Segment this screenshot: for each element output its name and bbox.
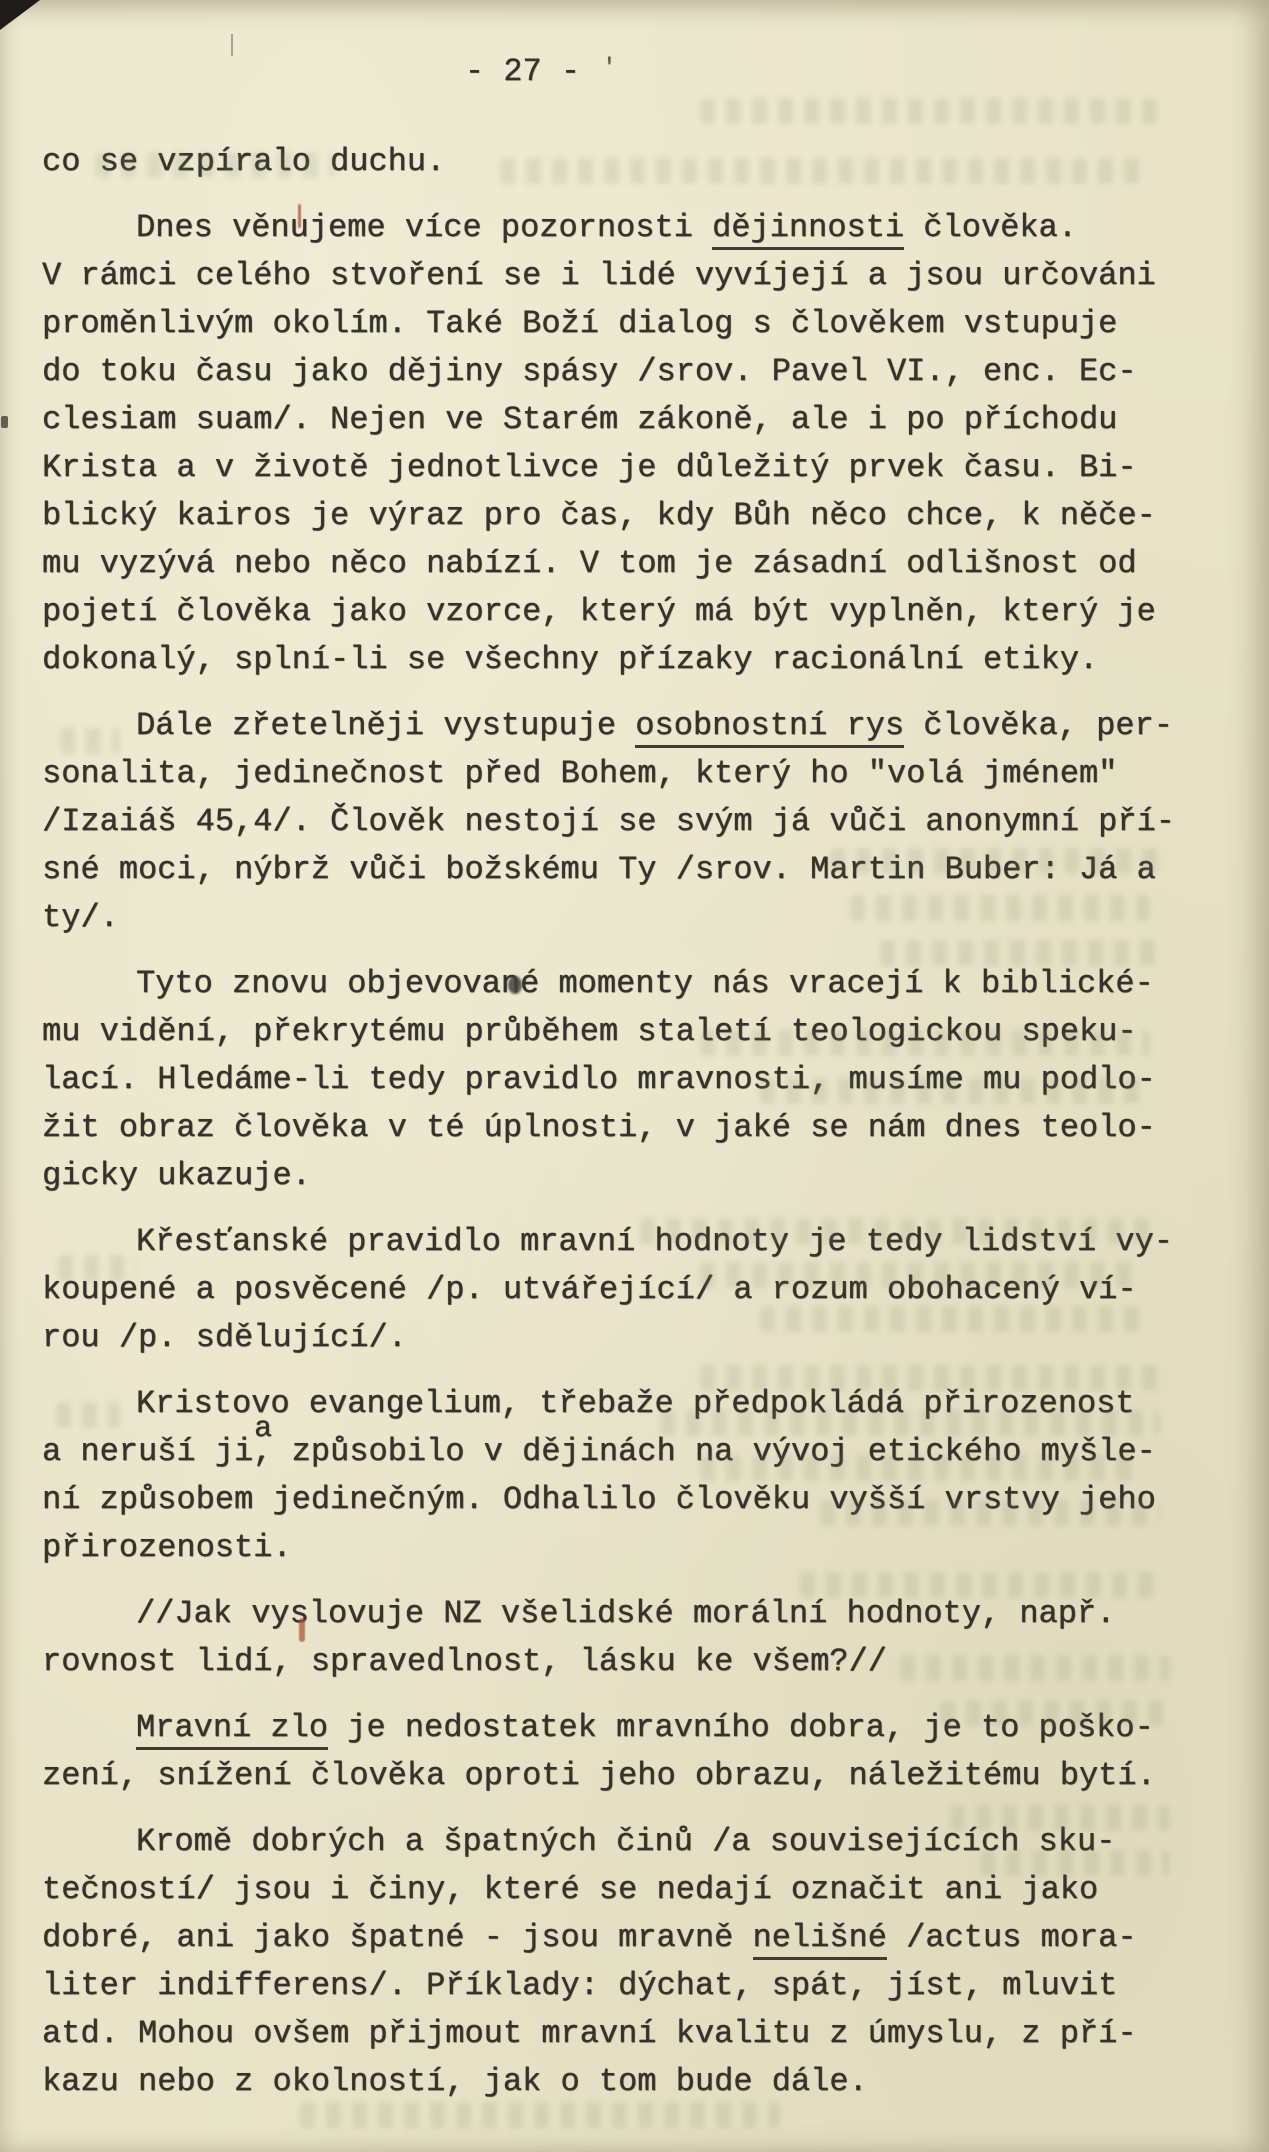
ink-bleed-smudge [640,1218,1150,1244]
text-line: Dnes věnujeme více pozornosti dějinnosti… [42,204,1217,252]
typo-inserted-char: a [254,1414,272,1444]
text-line: blický kairos je výraz pro čas, kdy Bůh … [42,492,1217,540]
text-line: proměnlivým okolím. Také Boží dialog s č… [42,300,1217,348]
text-line: přirozenosti. [42,1524,1217,1572]
page-number-text: - 27 - [465,53,580,90]
text-line: clesiam suam/. Nejen ve Starém zákoně, a… [42,396,1217,444]
page-number: - 27 -' [388,12,616,135]
text-line: dobré, ani jako špatné - jsou mravně nel… [42,1914,1217,1962]
ink-bleed-smudge [700,1262,1140,1288]
ink-bleed-smudge [950,1805,1170,1831]
ink-bleed-smudge [800,1572,1160,1598]
paper-fiber-mark [231,34,233,56]
ink-bleed-smudge [660,1410,1160,1436]
red-fiber-mark [298,204,301,228]
ink-bleed-smudge [700,1365,1160,1391]
scan-corner-shadow [0,0,40,30]
ink-bleed-smudge [900,1655,1170,1681]
ink-bleed-smudge [95,152,335,178]
text-line: V rámci celého stvoření se i lidé vyvíje… [42,252,1217,300]
text-line: žit obraz člověka v té úplnosti, v jaké … [42,1104,1217,1152]
stray-tick-mark: ' [602,49,616,89]
ink-bleed-smudge [880,940,1160,966]
ink-bleed-smudge [850,895,1150,921]
ink-blot [508,976,522,994]
text-line: zení, snížení člověka oproti jeho obrazu… [42,1752,1217,1800]
text-line: Krista a v životě jednotlivce je důležit… [42,444,1217,492]
paragraph: Dnes věnujeme více pozornosti dějinnosti… [42,204,1217,684]
ink-bleed-smudge [300,2102,780,2128]
ink-bleed-smudge [500,158,1140,184]
ink-bleed-smudge [700,1030,1150,1056]
text-line: Dále zřetelněji vystupuje osobnostní rys… [42,702,1217,750]
text-line: dokonalý, splní-li se všechny přízaky ra… [42,636,1217,684]
ink-bleed-smudge [980,1850,1170,1876]
document-page: - 27 -' co se vzpíralo duchu.Dnes věnuje… [0,0,1269,2152]
text-line: liter indifferens/. Příklady: dýchat, sp… [42,1962,1217,2010]
text-line: sonalita, jedinečnost před Bohem, který … [42,750,1217,798]
ink-bleed-smudge [940,1700,1170,1726]
ink-bleed-smudge [820,1500,1160,1526]
text-line: gicky ukazuje. [42,1152,1217,1200]
ink-bleed-smudge [760,1306,1140,1332]
edge-ink-mark [1,416,8,428]
ink-bleed-smudge [700,98,1160,124]
ink-bleed-smudge [760,1078,1140,1104]
text-line: /Izaiáš 45,4/. Člověk nestojí se svým já… [42,798,1217,846]
ink-bleed-smudge [60,728,120,754]
text-line: atd. Mohou ovšem přijmout mravní kvalitu… [42,2010,1217,2058]
ink-bleed-smudge [58,1255,138,1281]
text-line: do toku času jako dějiny spásy /srov. Pa… [42,348,1217,396]
ink-bleed-smudge [830,848,1160,874]
text-line: Tyto znovu objevované momenty nás vracej… [42,960,1217,1008]
text-line: kazu nebo z okolností, jak o tom bude dá… [42,2058,1217,2106]
text-line: mu vyzývá nebo něco nabízí. V tom je zás… [42,540,1217,588]
ink-bleed-smudge [56,1402,120,1428]
text-line: pojetí člověka jako vzorce, který má být… [42,588,1217,636]
ink-bleed-smudge [700,1455,1140,1481]
red-fiber-mark [299,1618,305,1642]
